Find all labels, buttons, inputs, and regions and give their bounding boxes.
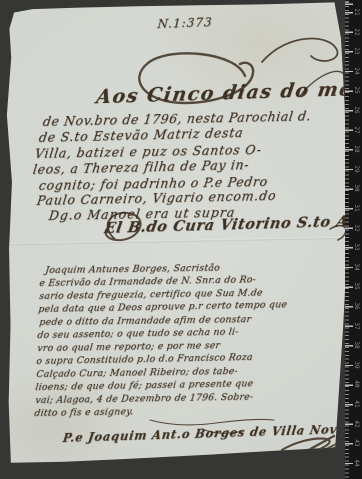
manuscript-line: ditto o fis e asigney.	[34, 406, 135, 419]
ruler-number: 32	[353, 222, 359, 234]
paper-fold-crease	[11, 237, 344, 245]
ruler-number: 34	[353, 261, 359, 273]
manuscript-line: lioens; de que dou fé; passei a presente…	[35, 378, 254, 393]
ruler-number: 38	[353, 339, 359, 351]
archival-scan: N.1:373 Aos Cinco dias do mez de Nov.bro…	[0, 0, 362, 479]
ruler-number: 33	[353, 241, 359, 253]
ruler-number: 35	[353, 280, 359, 292]
ruler-number: 30	[353, 182, 359, 194]
ruler-number: 26	[353, 104, 359, 116]
ruler-number: 23	[353, 45, 359, 57]
ruler-number: 24	[353, 65, 359, 77]
ruler-number: 29	[353, 163, 359, 175]
ruler-number: 36	[353, 300, 359, 312]
ruler-number: 40	[353, 378, 359, 390]
closing-signature: P.e Joaquim Ant.o Borges de Villa Nova	[62, 422, 346, 445]
ruler-number: 41	[353, 398, 359, 410]
ruler-number: 37	[353, 320, 359, 332]
ruler-number: 42	[353, 418, 359, 430]
archival-number: N.1:373	[157, 15, 213, 31]
manuscript-line: Calçado Cura; Manoel Ribeiro; dos tabe-	[36, 366, 239, 380]
manuscript-page: N.1:373 Aos Cinco dias do mez de Nov.bro…	[0, 0, 362, 479]
ruler-number: 31	[353, 202, 359, 214]
manuscript-line: vro ao qual me reporto; e por me ser	[37, 340, 221, 354]
manuscript-line: e Escrivão da Irmandade de N. Snr.a do R…	[39, 274, 257, 289]
ruler-major-ticks	[345, 0, 353, 479]
manuscript-line: vai; Alagoa, 4 de Dezembro de 1796. Sobr…	[35, 392, 254, 406]
ruler-number: 39	[353, 359, 359, 371]
ruler-number: 27	[353, 124, 359, 136]
ruler-number: 28	[353, 143, 359, 155]
ruler-number: 22	[353, 26, 359, 38]
measurement-ruler: 2122232425262728293031323334353637383940…	[345, 0, 362, 479]
ruler-number: 43	[353, 437, 359, 449]
manuscript-line: pela data que a Deos aprouve p.r certo t…	[38, 299, 288, 315]
ruler-number: 25	[353, 84, 359, 96]
manuscript-line: Joaquim Antunes Borges, Sacristão	[45, 263, 221, 276]
manuscript-line: o supra Constituido p.lo d.o Francisco R…	[36, 352, 254, 367]
manuscript-line: Aos Cinco dias do mez	[95, 78, 362, 109]
ruler-number: 44	[353, 457, 359, 469]
manuscript-line: do seu assento; o que tudo se acha no li…	[37, 326, 240, 341]
ruler-number: 21	[353, 6, 359, 18]
